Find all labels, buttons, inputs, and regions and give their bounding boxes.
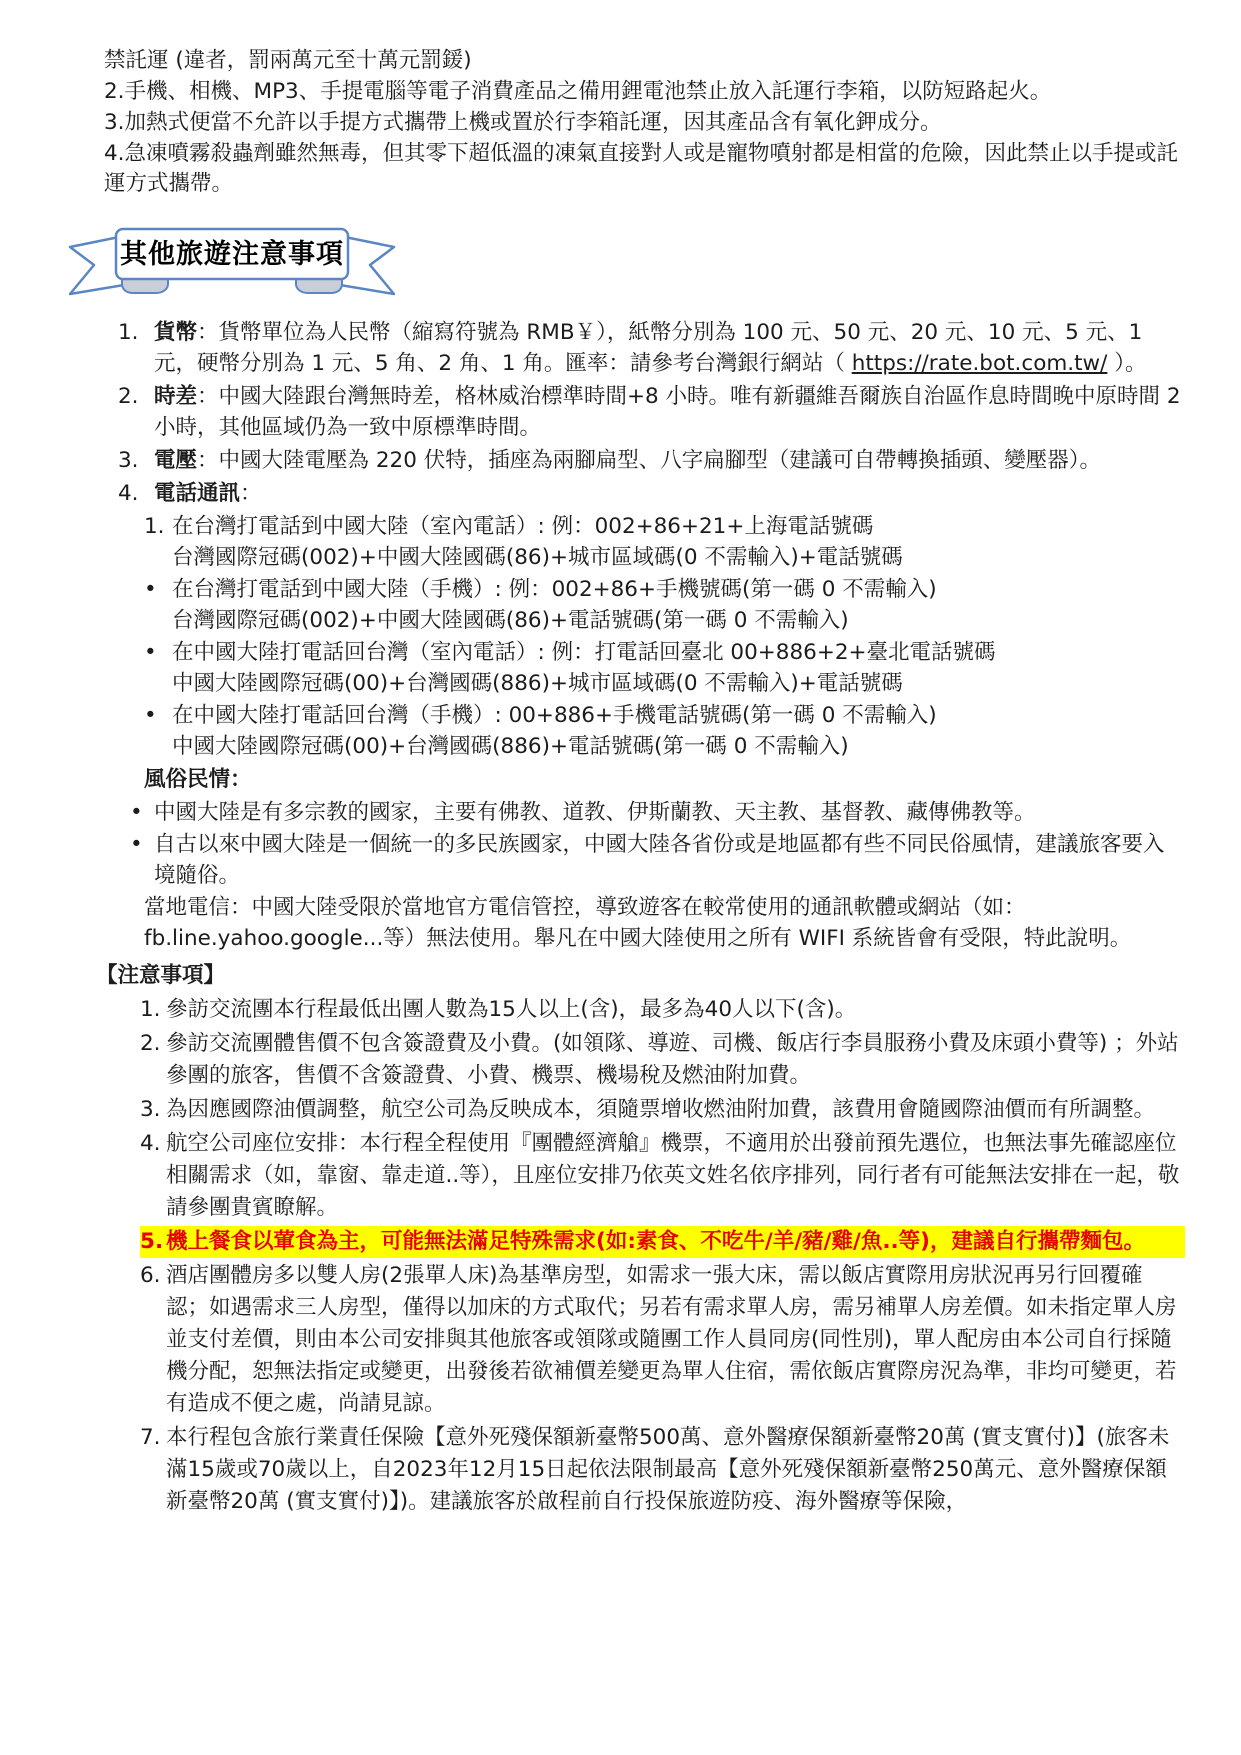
section-banner-title: 其他旅遊注意事項 — [116, 232, 348, 278]
document-page: 禁託運 (違者，罰兩萬元至十萬元罰鍰) 2.手機、相機、MP3、手提電腦等電子消… — [0, 0, 1241, 1755]
notice-number: 7. — [140, 1422, 166, 1518]
note-item-telephone: 4.電話通訊： — [118, 478, 1185, 509]
notice-item-5-highlighted: 5.機上餐食以葷食為主，可能無法滿足特殊需求(如:素食、不吃牛/羊/豬/雞/魚.… — [140, 1226, 1185, 1258]
note-label-timezone: 時差 — [154, 384, 197, 409]
luggage-rule-3: 3.加熱式便當不允許以手提方式攜帶上機或置於行李箱託運，因其產品含有氧化鉀成分。 — [104, 108, 1185, 138]
bullet-icon: • — [130, 829, 154, 891]
note-number: 2. — [118, 381, 154, 443]
customs-bullet: •自古以來中國大陸是一個統一的多民族國家，中國大陸各省份或是地區都有些不同民俗風… — [130, 829, 1185, 891]
luggage-rule-continuation: 禁託運 (違者，罰兩萬元至十萬元罰鍰) — [104, 46, 1185, 76]
note-label-telephone: 電話通訊 — [154, 481, 240, 506]
bullet-icon: • — [144, 574, 172, 636]
notice-number: 4. — [140, 1128, 166, 1224]
note-text: ： — [240, 481, 262, 506]
note-number: 3. — [118, 445, 154, 476]
luggage-rules-section: 禁託運 (違者，罰兩萬元至十萬元罰鍰) 2.手機、相機、MP3、手提電腦等電子消… — [104, 46, 1185, 199]
phone-item-marker: 1. — [144, 511, 172, 573]
note-number: 1. — [118, 317, 154, 379]
travel-notes-list: 1.貨幣：貨幣單位為人民幣（縮寫符號為 RMB￥），紙幣分別為 100 元、50… — [118, 317, 1185, 509]
notice-item-6: 6.酒店團體房多以雙人房(2張單人床)為基準房型，如需求一張大床，需以飯店實際用… — [140, 1260, 1185, 1420]
phone-line1: 在台灣打電話到中國大陸（手機）: 例：002+86+手機號碼(第一碼 0 不需輸… — [172, 577, 937, 602]
note-text: ）。 — [1107, 351, 1146, 376]
notice-item-3: 3.為因應國際油價調整，航空公司為反映成本，須隨票增收燃油附加費，該費用會隨國際… — [140, 1094, 1185, 1126]
section-banner-ribbon: 其他旅遊注意事項 — [64, 223, 400, 297]
note-text: ：中國大陸跟台灣無時差，格林威治標準時間+8 小時。唯有新疆維吾爾族自治區作息時… — [154, 384, 1181, 440]
notice-number: 6. — [140, 1260, 166, 1420]
bank-rate-link[interactable]: https://rate.bot.com.tw/ — [852, 351, 1108, 376]
phone-instructions-list: 1.在台灣打電話到中國大陸（室內電話）: 例：002+86+21+上海電話號碼台… — [144, 511, 1185, 762]
phone-item: 1.在台灣打電話到中國大陸（室內電話）: 例：002+86+21+上海電話號碼台… — [144, 511, 1185, 573]
notice-text: 本行程包含旅行業責任保險【意外死殘保額新臺幣500萬、意外醫療保額新臺幣20萬 … — [166, 1422, 1185, 1518]
bullet-icon: • — [130, 797, 154, 828]
phone-item: •在中國大陸打電話回台灣（手機）: 00+886+手機電話號碼(第一碼 0 不需… — [144, 700, 1185, 762]
notice-text: 航空公司座位安排：本行程全程使用『團體經濟艙』機票，不適用於出發前預先選位，也無… — [166, 1128, 1185, 1224]
notice-number: 3. — [140, 1094, 166, 1126]
phone-line2: 中國大陸國際冠碼(00)+台灣國碼(886)+電話號碼(第一碼 0 不需輸入) — [172, 734, 849, 759]
bullet-icon: • — [144, 700, 172, 762]
note-text: ：中國大陸電壓為 220 伏特，插座為兩腳扁型、八字扁腳型（建議可自帶轉換插頭、… — [197, 448, 1101, 473]
notice-item-7: 7.本行程包含旅行業責任保險【意外死殘保額新臺幣500萬、意外醫療保額新臺幣20… — [140, 1422, 1185, 1518]
customs-bullet-text: 中國大陸是有多宗教的國家，主要有佛教、道教、伊斯蘭教、天主教、基督教、藏傳佛教等… — [154, 797, 1185, 828]
notice-section-heading: 【注意事項】 — [96, 960, 1185, 992]
notice-text: 為因應國際油價調整，航空公司為反映成本，須隨票增收燃油附加費，該費用會隨國際油價… — [166, 1094, 1185, 1126]
phone-line1: 在中國大陸打電話回台灣（手機）: 00+886+手機電話號碼(第一碼 0 不需輸… — [172, 703, 937, 728]
phone-line2: 台灣國際冠碼(002)+中國大陸國碼(86)+電話號碼(第一碼 0 不需輸入) — [172, 608, 849, 633]
customs-bullet: •中國大陸是有多宗教的國家，主要有佛教、道教、伊斯蘭教、天主教、基督教、藏傳佛教… — [130, 797, 1185, 828]
notice-item-1: 1. 參訪交流團本行程最低出團人數為15人以上(含)，最多為40人以下(含)。 — [140, 994, 1185, 1026]
phone-line2: 台灣國際冠碼(002)+中國大陸國碼(86)+城市區域碼(0 不需輸入)+電話號… — [172, 545, 903, 570]
customs-bullet-text: 自古以來中國大陸是一個統一的多民族國家，中國大陸各省份或是地區都有些不同民俗風情… — [154, 829, 1185, 891]
note-item-timezone: 2.時差：中國大陸跟台灣無時差，格林威治標準時間+8 小時。唯有新疆維吾爾族自治… — [118, 381, 1185, 443]
notice-text-highlighted: 機上餐食以葷食為主，可能無法滿足特殊需求(如:素食、不吃牛/羊/豬/雞/魚..等… — [166, 1226, 1185, 1258]
luggage-rule-4: 4.急凍噴霧殺蟲劑雖然無毒，但其零下超低溫的凍氣直接對人或是寵物噴射都是相當的危… — [104, 139, 1185, 199]
notice-number: 1. — [140, 994, 166, 1026]
notice-item-4: 4.航空公司座位安排：本行程全程使用『團體經濟艙』機票，不適用於出發前預先選位，… — [140, 1128, 1185, 1224]
note-label-currency: 貨幣 — [154, 320, 197, 345]
notice-text: 參訪交流團本行程最低出團人數為15人以上(含)，最多為40人以下(含)。 — [166, 994, 1185, 1026]
phone-line2: 中國大陸國際冠碼(00)+台灣國碼(886)+城市區域碼(0 不需輸入)+電話號… — [172, 671, 903, 696]
notice-number: 5. — [140, 1226, 166, 1258]
note-item-currency: 1.貨幣：貨幣單位為人民幣（縮寫符號為 RMB￥），紙幣分別為 100 元、50… — [118, 317, 1185, 379]
notice-number: 2. — [140, 1028, 166, 1092]
phone-line1: 在中國大陸打電話回台灣（室內電話）: 例：打電話回臺北 00+886+2+臺北電… — [172, 640, 996, 665]
phone-item: •在中國大陸打電話回台灣（室內電話）: 例：打電話回臺北 00+886+2+臺北… — [144, 637, 1185, 699]
note-label-voltage: 電壓 — [154, 448, 197, 473]
notice-text: 酒店團體房多以雙人房(2張單人床)為基準房型，如需求一張大床，需以飯店實際用房狀… — [166, 1260, 1185, 1420]
phone-line1: 在台灣打電話到中國大陸（室內電話）: 例：002+86+21+上海電話號碼 — [172, 514, 873, 539]
note-item-voltage: 3.電壓：中國大陸電壓為 220 伏特，插座為兩腳扁型、八字扁腳型（建議可自帶轉… — [118, 445, 1185, 476]
notice-items-list: 1. 參訪交流團本行程最低出團人數為15人以上(含)，最多為40人以下(含)。 … — [140, 994, 1185, 1518]
phone-item: •在台灣打電話到中國大陸（手機）: 例：002+86+手機號碼(第一碼 0 不需… — [144, 574, 1185, 636]
luggage-rule-2: 2.手機、相機、MP3、手提電腦等電子消費產品之備用鋰電池禁止放入託運行李箱，以… — [104, 77, 1185, 107]
bullet-icon: • — [144, 637, 172, 699]
notice-item-2: 2.參訪交流團體售價不包含簽證費及小費。(如領隊、導遊、司機、飯店行李員服務小費… — [140, 1028, 1185, 1092]
note-number: 4. — [118, 478, 154, 509]
customs-heading: 風俗民情： — [144, 764, 1185, 795]
local-telecom-note: 當地電信：中國大陸受限於當地官方電信管控，導致遊客在較常使用的通訊軟體或網站（如… — [144, 892, 1185, 954]
notice-text: 參訪交流團體售價不包含簽證費及小費。(如領隊、導遊、司機、飯店行李員服務小費及床… — [166, 1028, 1185, 1092]
